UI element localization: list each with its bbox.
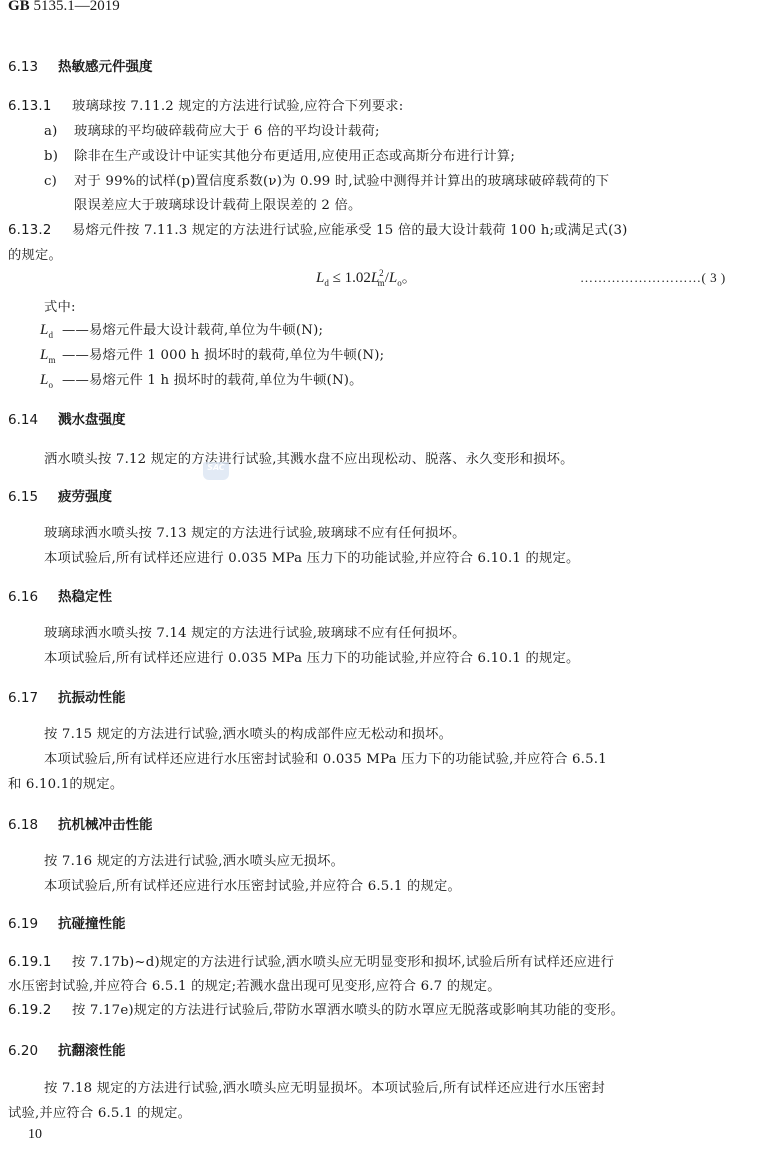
- clause-6-13-2-continued: 的规定。: [8, 244, 62, 263]
- page-number: 10: [28, 1127, 42, 1143]
- list-item-a: a)玻璃球的平均破碎载荷应大于 6 倍的平均设计载荷;: [44, 120, 380, 139]
- definition-Ld: Ld——易熔元件最大设计载荷,单位为牛顿(N);: [40, 319, 323, 340]
- paragraph: 洒水喷头按 7.12 规定的方法进行试验,其溅水盘不应出现松动、脱落、永久变形和…: [44, 448, 574, 467]
- paragraph: 按 7.15 规定的方法进行试验,洒水喷头的构成部件应无松动和损坏。: [44, 723, 452, 742]
- clause-6-19-1-continued: 水压密封试验,并应符合 6.5.1 的规定;若溅水盘出现可见变形,应符合 6.7…: [8, 975, 501, 994]
- sac-watermark-logo: SAC: [203, 462, 229, 480]
- paragraph: 本项试验后,所有试样还应进行水压密封试验和 0.035 MPa 压力下的功能试验…: [44, 748, 607, 767]
- definition-Lm: Lm——易熔元件 1 000 h 损坏时的载荷,单位为牛顿(N);: [40, 344, 384, 365]
- section-heading-6-19: 6.19抗碰撞性能: [8, 912, 126, 932]
- equation-number: ………………………( 3 ): [580, 270, 726, 286]
- paragraph: 本项试验后,所有试样还应进行水压密封试验,并应符合 6.5.1 的规定。: [44, 875, 461, 894]
- paragraph: 本项试验后,所有试样还应进行 0.035 MPa 压力下的功能试验,并应符合 6…: [44, 547, 579, 566]
- section-heading-6-16: 6.16热稳定性: [8, 585, 112, 605]
- where-label: 式中:: [44, 296, 76, 315]
- paragraph: 玻璃球洒水喷头按 7.13 规定的方法进行试验,玻璃球不应有任何损坏。: [44, 522, 466, 541]
- paragraph: 按 7.16 规定的方法进行试验,洒水喷头应无损坏。: [44, 850, 344, 869]
- section-heading-6-14: 6.14溅水盘强度: [8, 408, 126, 428]
- section-heading-6-13: 6.13热敏感元件强度: [8, 55, 153, 75]
- clause-6-13-2: 6.13.2易熔元件按 7.11.3 规定的方法进行试验,应能承受 15 倍的最…: [8, 219, 628, 238]
- section-heading-6-18: 6.18抗机械冲击性能: [8, 813, 153, 833]
- clause-6-13-1: 6.13.1玻璃球按 7.11.2 规定的方法进行试验,应符合下列要求:: [8, 95, 403, 114]
- section-heading-6-15: 6.15疲劳强度: [8, 485, 112, 505]
- paragraph-continued: 和 6.10.1的规定。: [8, 773, 123, 792]
- paragraph: 按 7.18 规定的方法进行试验,洒水喷头应无明显损坏。本项试验后,所有试样还应…: [44, 1077, 605, 1096]
- section-heading-6-20: 6.20抗翻滚性能: [8, 1039, 126, 1059]
- paragraph: 玻璃球洒水喷头按 7.14 规定的方法进行试验,玻璃球不应有任何损坏。: [44, 622, 466, 641]
- paragraph: 本项试验后,所有试样还应进行 0.035 MPa 压力下的功能试验,并应符合 6…: [44, 647, 579, 666]
- document-code-header: GB 5135.1—2019: [8, 0, 120, 15]
- section-heading-6-17: 6.17抗振动性能: [8, 686, 126, 706]
- paragraph-continued: 试验,并应符合 6.5.1 的规定。: [8, 1102, 191, 1121]
- formula-3: Ld ≤ 1.02L2m/Lo。: [316, 266, 417, 288]
- list-item-c: c)对于 99%的试样(p)置信度系数(ν)为 0.99 时,试验中测得并计算出…: [44, 170, 609, 189]
- clause-6-19-1: 6.19.1按 7.17b)~d)规定的方法进行试验,洒水喷头应无明显变形和损坏…: [8, 951, 614, 970]
- clause-6-19-2: 6.19.2按 7.17e)规定的方法进行试验后,带防水罩洒水喷头的防水罩应无脱…: [8, 999, 624, 1018]
- list-item-b: b)除非在生产或设计中证实其他分布更适用,应使用正态或高斯分布进行计算;: [44, 145, 515, 164]
- definition-Lo: Lo——易熔元件 1 h 损坏时的载荷,单位为牛顿(N)。: [40, 369, 363, 390]
- list-item-c-continued: 限误差应大于玻璃球设计载荷上限误差的 2 倍。: [74, 194, 361, 213]
